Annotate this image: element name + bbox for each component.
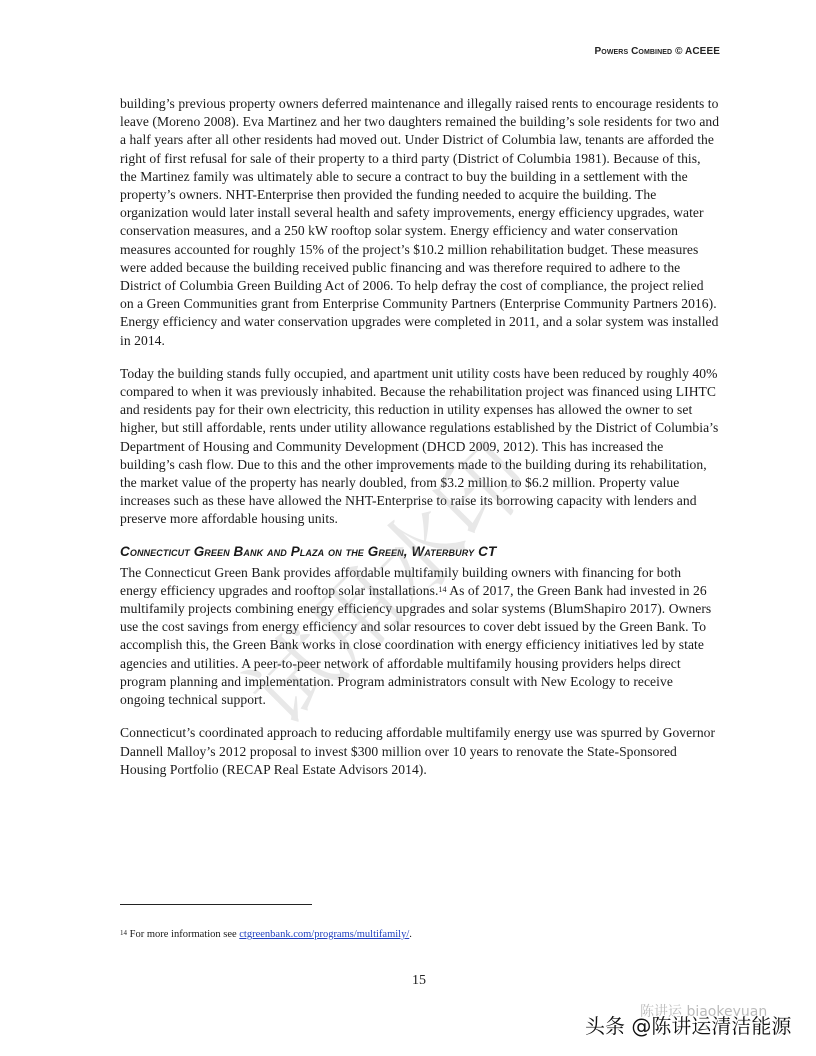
page-body: building’s previous property owners defe… — [120, 95, 720, 794]
footnote-trailing: . — [409, 929, 412, 940]
running-header: Powers Combined © ACEEE — [595, 46, 720, 57]
paragraph-green-bank: The Connecticut Green Bank provides affo… — [120, 564, 720, 710]
source-watermark: 头条 @陈讲运清洁能源 — [585, 1010, 791, 1039]
footnote-reference[interactable]: 14 — [438, 585, 446, 594]
footnote-number: 14 — [120, 929, 127, 937]
footnote: 14 For more information see ctgreenbank.… — [120, 929, 412, 940]
paragraph-building-outcomes: Today the building stands fully occupied… — [120, 365, 720, 529]
footnote-text: For more information see — [127, 929, 239, 940]
footnote-link[interactable]: ctgreenbank.com/programs/multifamily/ — [239, 929, 409, 940]
section-heading-connecticut: Connecticut Green Bank and Plaza on the … — [120, 544, 720, 559]
paragraph-connecticut-approach: Connecticut’s coordinated approach to re… — [120, 724, 720, 779]
page-number: 15 — [0, 973, 816, 989]
paragraph-text: As of 2017, the Green Bank had invested … — [120, 583, 711, 707]
paragraph-martinez-history: building’s previous property owners defe… — [120, 95, 720, 350]
footnote-separator — [120, 904, 312, 905]
